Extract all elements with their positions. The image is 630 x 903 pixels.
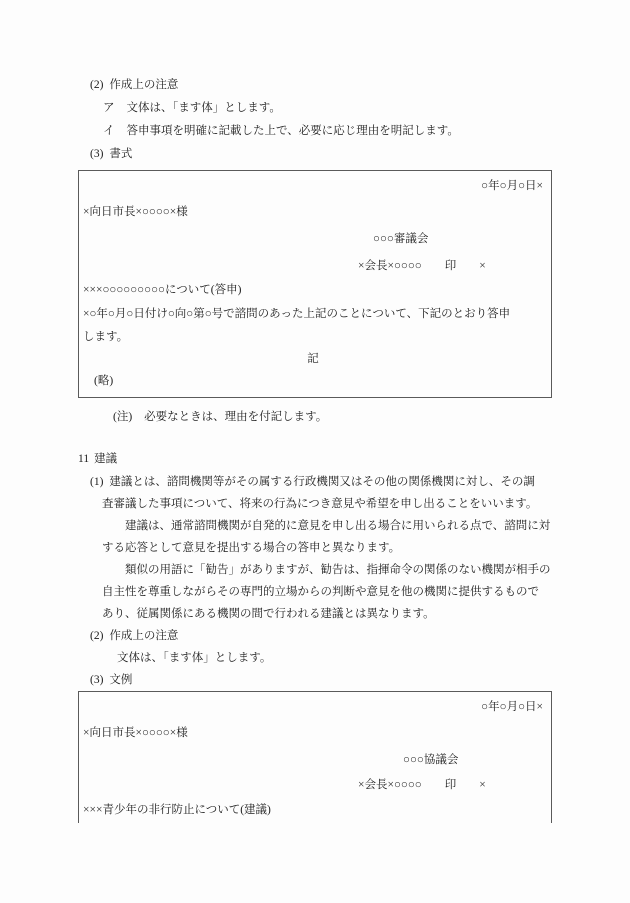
toshin-omitted: (略) <box>83 370 543 393</box>
toshin-date: ○年○月○日× <box>83 173 543 199</box>
kengi-item-3: (3)文例 <box>0 669 630 691</box>
item-i-toshin-jiko: イ答申事項を明確に記載した上で、必要に応じ理由を明記します。 <box>0 120 630 143</box>
toshin-body-line2: します。 <box>83 326 543 349</box>
kengi-subject: ×××青少年の非行防止について(建議) <box>83 798 543 822</box>
toshin-chairman-seal: ×会長×○○○○ 印 × <box>83 253 543 279</box>
kengi-addressee: ×向日市長×○○○○×様 <box>83 720 543 747</box>
item-marker: (2) <box>90 625 103 647</box>
toshin-subject: ×××○○○○○○○○○について(答申) <box>83 279 543 302</box>
item-label: 作成上の注意 <box>109 79 178 91</box>
section-11-heading: 11建議 <box>0 448 630 471</box>
toshin-record-mark: 記 <box>83 349 543 370</box>
item-label: 文例 <box>109 674 132 686</box>
kengi-date: ○年○月○日× <box>83 694 543 720</box>
item-3-shoshiki: (3)書式 <box>0 143 630 166</box>
section-number: 11 <box>78 448 89 471</box>
item-marker: (3) <box>90 143 103 166</box>
item-label: 作成上の注意 <box>109 630 178 642</box>
toshin-organization: ○○○審議会 <box>83 226 543 253</box>
note-line: (注)必要なときは、理由を付記します。 <box>0 406 630 429</box>
kengi-def-line-1: (1)建議とは、諮問機関等がその属する行政機関又はその他の関係機関に対し、その調 <box>0 471 630 493</box>
item-marker: イ <box>103 120 115 143</box>
kengi-item-2: (2)作成上の注意 <box>0 625 630 647</box>
toshin-body-line1: ×○年○月○日付け○向○第○号で諮問のあった上記のことについて、下記のとおり答申 <box>83 302 543 326</box>
kengi-def-line-5: 類似の用語に「勧告」がありますが、勧告は、指揮命令の関係のない機関が相手の <box>0 559 630 581</box>
item-2-sakusei-chui: (2)作成上の注意 <box>0 74 630 97</box>
item-label: 書式 <box>109 148 132 160</box>
item-marker: (1) <box>90 471 103 493</box>
item-a-buntai: ア文体は、「ます体」とします。 <box>0 97 630 120</box>
kengi-def-line-3: 建議は、通常諮問機関が自発的に意見を申し出る場合に用いられる点で、諮問に対 <box>0 515 630 537</box>
kengi-def-line-4: する応答として意見を提出する場合の答申と異なります。 <box>0 537 630 559</box>
kengi-organization: ○○○協議会 <box>83 747 543 773</box>
note-text: 必要なときは、理由を付記します。 <box>144 411 327 423</box>
kengi-def-line-7: あり、従属関係にある機関の間で行われる建議とは異なります。 <box>0 603 630 625</box>
note-marker: (注) <box>113 406 132 429</box>
example-box-kengi: ○年○月○日× ×向日市長×○○○○×様 ○○○協議会 ×会長×○○○○ 印 ×… <box>78 691 552 823</box>
kengi-def-line-2: 査審議した事項について、将来の行為につき意見や希望を申し出ることをいいます。 <box>0 493 630 515</box>
section-title-text: 建議 <box>94 453 117 465</box>
item-text: 答申事項を明確に記載した上で、必要に応じ理由を明記します。 <box>127 125 459 137</box>
paragraph-text: 建議とは、諮問機関等がその属する行政機関又はその他の関係機関に対し、その調 <box>109 476 535 488</box>
item-marker: ア <box>103 97 115 120</box>
toshin-addressee: ×向日市長×○○○○×様 <box>83 199 543 226</box>
item-marker: (3) <box>90 669 103 691</box>
example-box-toshin: ○年○月○日× ×向日市長×○○○○×様 ○○○審議会 ×会長×○○○○ 印 ×… <box>78 170 552 398</box>
kengi-style-text: 文体は、「ます体」とします。 <box>0 647 630 669</box>
kengi-def-line-6: 自主性を尊重しながらその専門的立場からの判断や意見を他の機関に提供するもので <box>0 581 630 603</box>
document-page: (2)作成上の注意 ア文体は、「ます体」とします。 イ答申事項を明確に記載した上… <box>0 0 630 903</box>
kengi-chairman-seal: ×会長×○○○○ 印 × <box>83 773 543 798</box>
item-text: 文体は、「ます体」とします。 <box>127 102 281 114</box>
item-marker: (2) <box>90 74 103 97</box>
